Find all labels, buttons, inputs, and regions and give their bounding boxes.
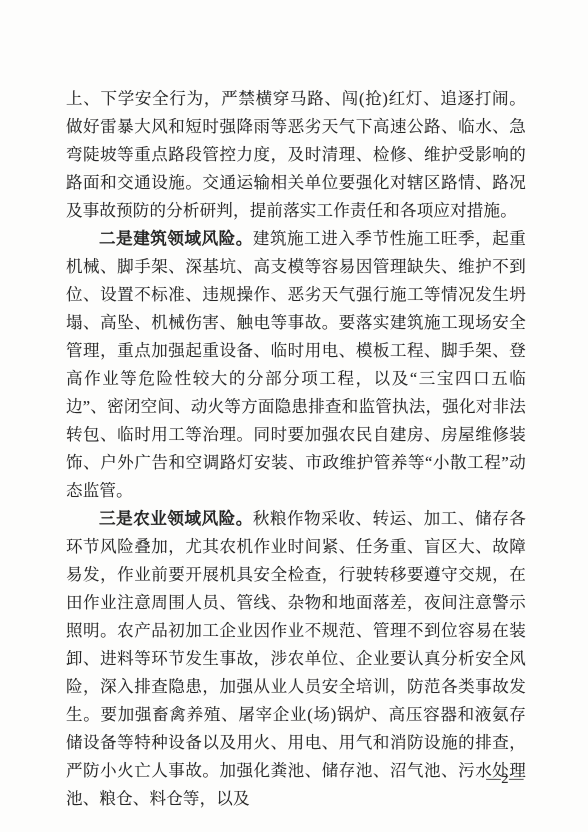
paragraph-traffic-continuation: 上、下学安全行为，严禁横穿马路、闯(抢)红灯、追逐打闹。做好雷暴大风和短时强降雨… — [66, 85, 526, 225]
paragraph-construction-risk: 二是建筑领域风险。建筑施工进入季节性施工旺季，起重机械、脚手架、深基坑、高支模等… — [66, 225, 526, 505]
page-number: —2— — [486, 769, 524, 789]
paragraph-lead: 二是建筑领域风险。 — [99, 229, 253, 248]
paragraph-text: 秋粮作物采收、转运、加工、储存各环节风险叠加，尤其农机作业时间紧、任务重、盲区大… — [66, 509, 526, 808]
paragraph-text: 上、下学安全行为，严禁横穿马路、闯(抢)红灯、追逐打闹。做好雷暴大风和短时强降雨… — [66, 89, 526, 220]
document-body: 上、下学安全行为，严禁横穿马路、闯(抢)红灯、追逐打闹。做好雷暴大风和短时强降雨… — [66, 85, 526, 813]
paragraph-lead: 三是农业领域风险。 — [99, 509, 253, 528]
paragraph-agriculture-risk: 三是农业领域风险。秋粮作物采收、转运、加工、储存各环节风险叠加，尤其农机作业时间… — [66, 505, 526, 813]
document-page: 上、下学安全行为，严禁横穿马路、闯(抢)红灯、追逐打闹。做好雷暴大风和短时强降雨… — [0, 0, 588, 832]
paragraph-text: 建筑施工进入季节性施工旺季，起重机械、脚手架、深基坑、高支模等容易因管理缺失、维… — [66, 229, 526, 500]
